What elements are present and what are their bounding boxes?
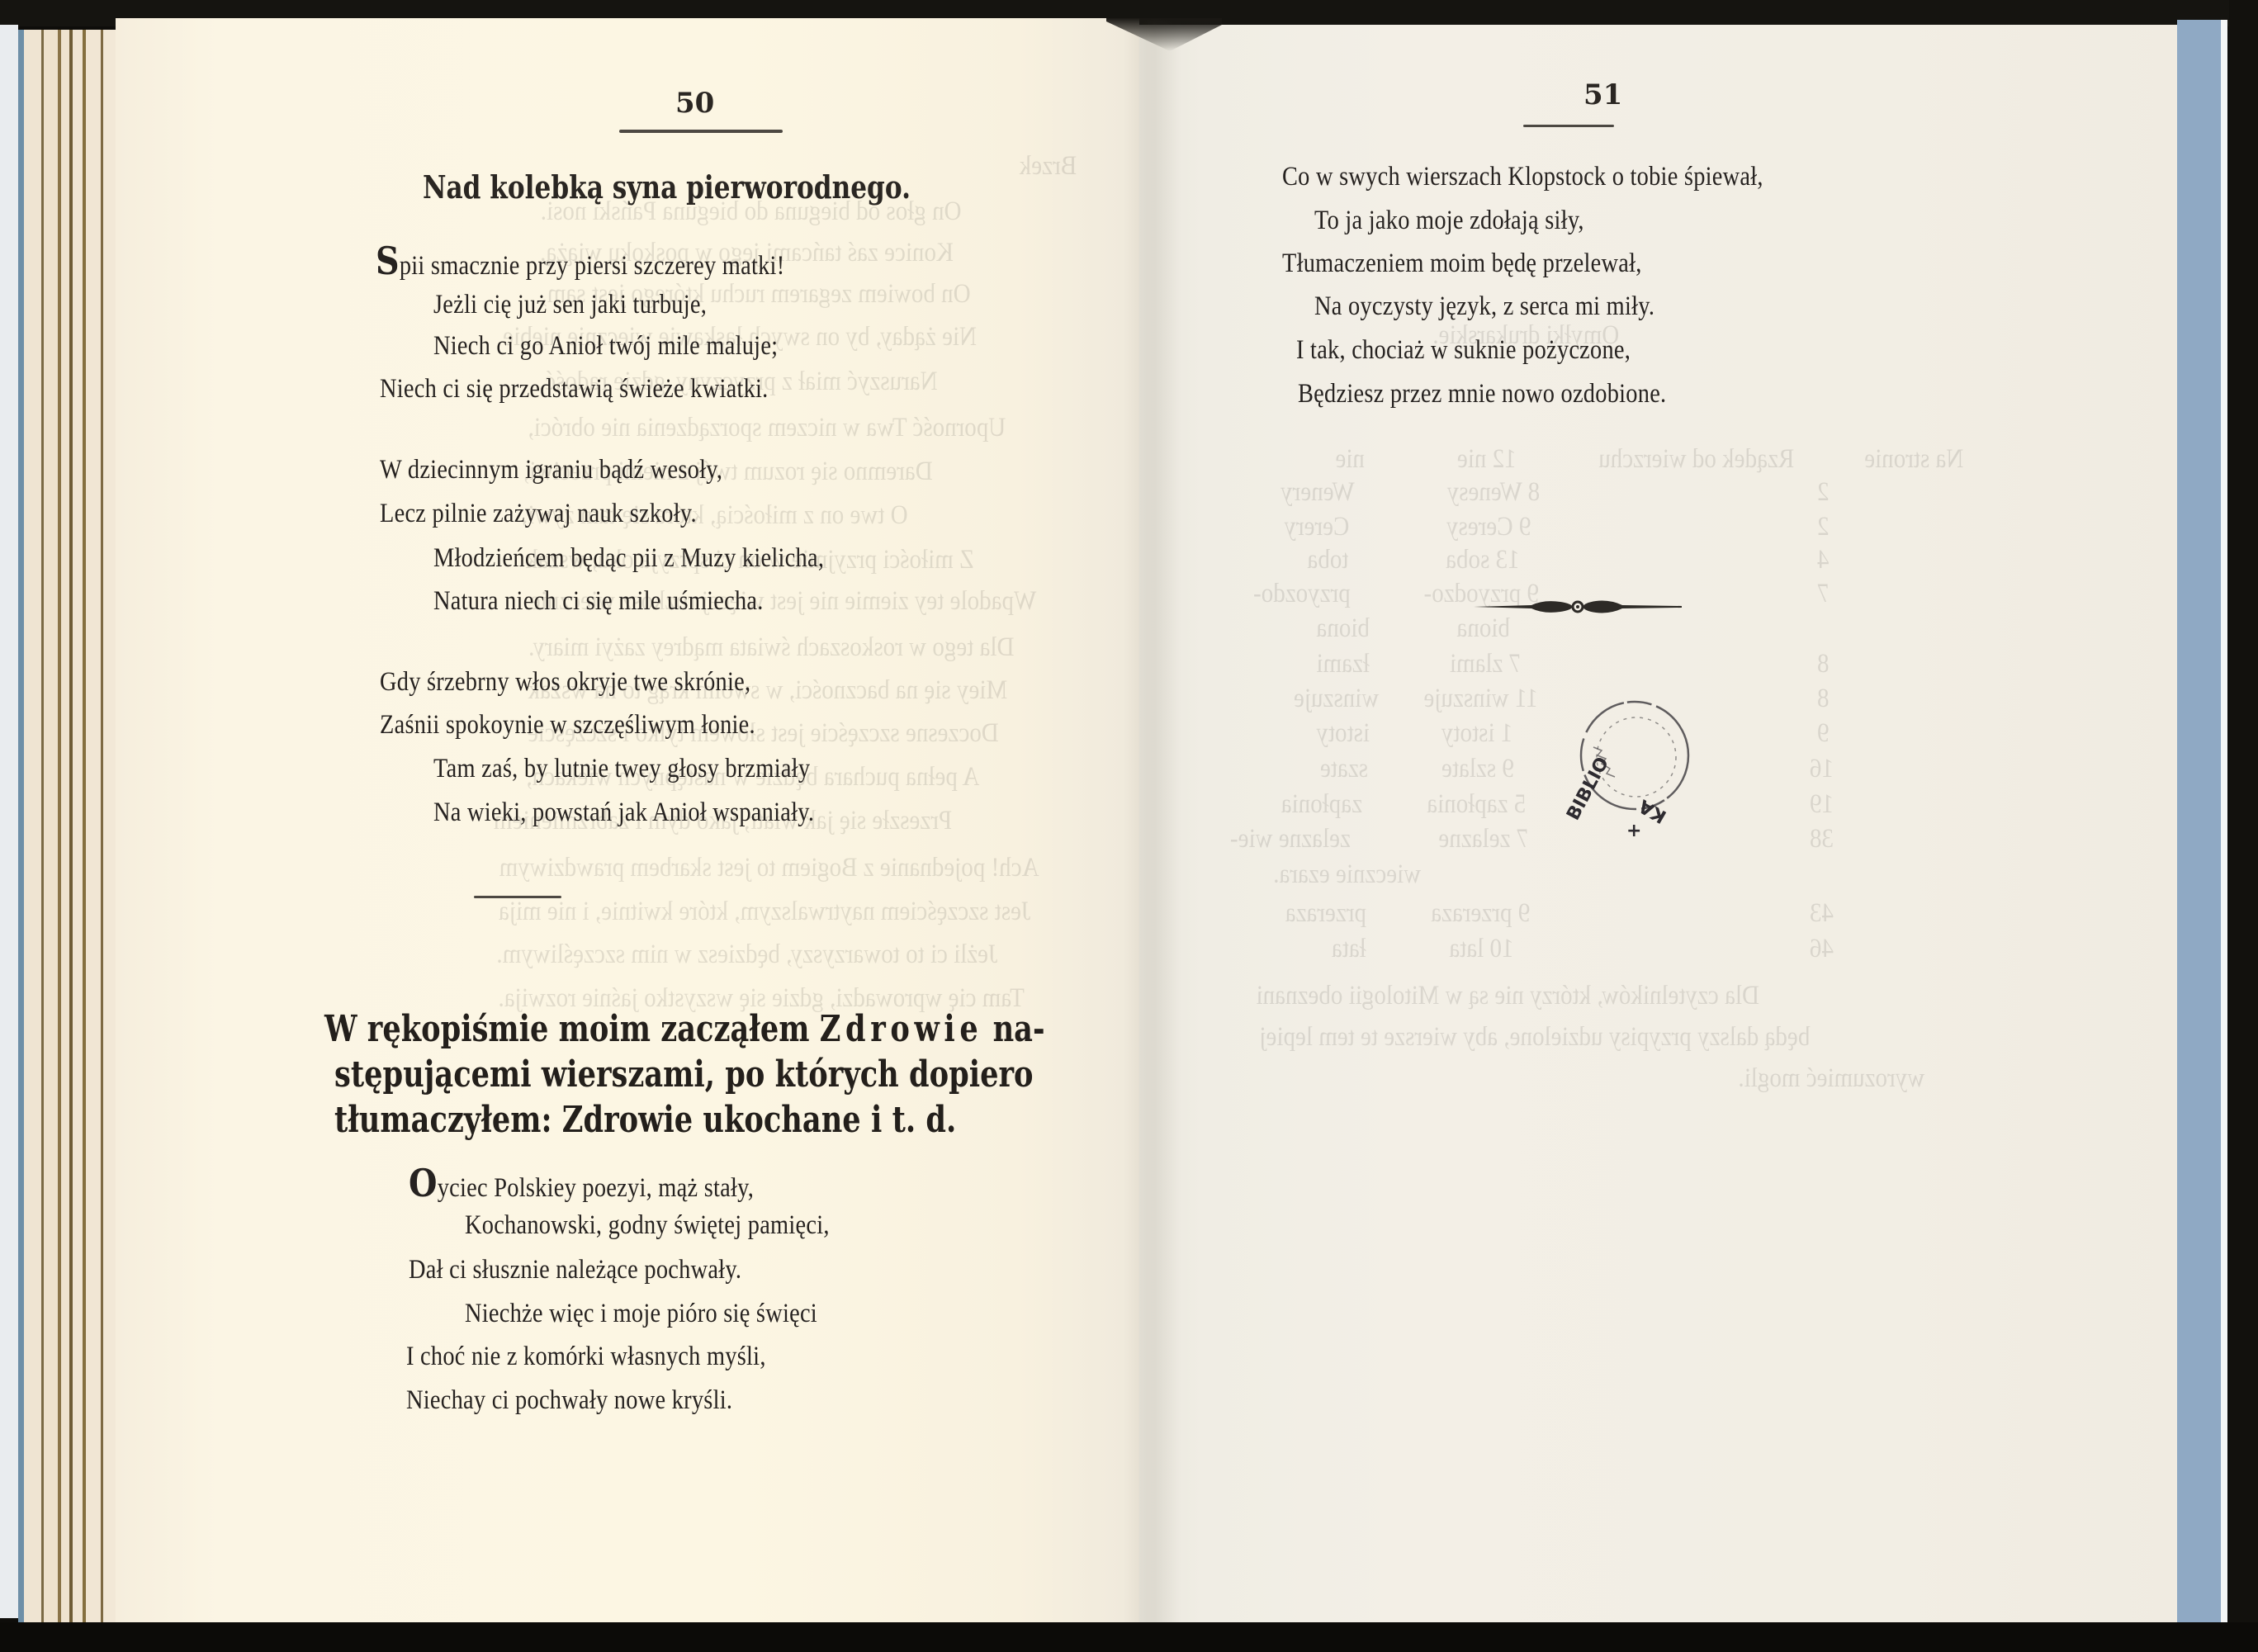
page-number: 51 bbox=[1583, 81, 1622, 109]
bleed-cell: 9 Ceresy bbox=[1446, 514, 1531, 541]
bleed-cell: 9 przeraza bbox=[1431, 900, 1530, 927]
prose-line: stępującemi wierszami, po których dopier… bbox=[334, 1057, 1034, 1093]
poem-line: Tam zaś, by lutnie twey głosy brzmiały bbox=[433, 755, 810, 783]
poem-line: Lecz pilnie zażywaj nauk szkoły. bbox=[380, 500, 697, 528]
bleed-cell: toba bbox=[1307, 547, 1348, 574]
prose-text: na- bbox=[982, 1008, 1044, 1050]
bleed-cell: 8 bbox=[1817, 651, 1830, 678]
endpaper-edge bbox=[2221, 20, 2227, 1623]
bleed-cell: łata bbox=[1332, 935, 1366, 963]
drop-cap: S bbox=[376, 239, 400, 283]
bleed-cell: 16 bbox=[1810, 755, 1834, 783]
bleed-cell: 8 bbox=[1817, 685, 1830, 712]
bleed-cell: 13 soba bbox=[1446, 547, 1520, 574]
poem-line: Gdy śrzebrny włos okryje twe skrónie, bbox=[380, 669, 750, 696]
bleed-cell: 12 nie bbox=[1457, 446, 1517, 473]
bleed-cell: przyozdo- bbox=[1253, 580, 1351, 608]
bleed-cell: 7 zelazne bbox=[1438, 826, 1528, 853]
poem-line-text: pii smacznie przy piersi szczerey matki! bbox=[400, 251, 785, 281]
bleed-cell: Wenery bbox=[1280, 479, 1355, 506]
bleed-cell: Cerery bbox=[1284, 514, 1349, 541]
page-block-edges bbox=[18, 30, 119, 1623]
bleed-cell: nie bbox=[1335, 446, 1364, 473]
drop-cap: O bbox=[409, 1161, 438, 1205]
bleed-cell: 8 Wenesy bbox=[1447, 479, 1540, 506]
poem-line: Oyciec Polskiey poezyi, mąż stały, bbox=[409, 1164, 754, 1202]
bleed-cell: 46 bbox=[1810, 935, 1834, 963]
poem-line: Niech ci go Anioł twój mile maluje; bbox=[433, 333, 778, 360]
bleed-cell: winszuje bbox=[1294, 685, 1379, 712]
dash-ornament-icon bbox=[1474, 596, 1682, 618]
bleed-cell: 1 istoty bbox=[1441, 720, 1512, 747]
poem-line: W dziecinnym igraniu bądź wesoły, bbox=[380, 457, 722, 484]
section-rule bbox=[474, 896, 561, 898]
prose-emphasis: Zdrowie bbox=[820, 1008, 983, 1050]
bleed-line: Ach! pojednanie z Bogiem to jest skarbem… bbox=[499, 854, 1039, 882]
bleed-cell: przeraza bbox=[1285, 900, 1366, 927]
blue-endpaper bbox=[2177, 20, 2223, 1623]
poem-line: Młodzieńcem będąc pii z Muzy kielicha, bbox=[433, 545, 824, 572]
bleed-line: Jest szczęściem naytrwalszym, które kwit… bbox=[499, 898, 1030, 925]
poem-line: Niech ci się przedstawią świeże kwiatki. bbox=[380, 376, 769, 403]
header-rule bbox=[1523, 125, 1614, 127]
bleed-cell: wiecznie ezara. bbox=[1273, 861, 1421, 888]
poem-line: Jeżli cię już sen jaki turbuje, bbox=[433, 291, 707, 319]
bleed-cell: 11 winszuje bbox=[1423, 685, 1537, 712]
bleed-cell: zelazne wie- bbox=[1230, 826, 1351, 853]
header-rule bbox=[619, 130, 783, 133]
bleed-footnote: będą dalszy przypisy udzielone, aby wier… bbox=[1259, 1024, 1810, 1051]
bleed-footnote: Dla czytelników, którzy nie są w Mitolog… bbox=[1257, 982, 1759, 1010]
poem-line: Będziesz przez mnie nowo ozdobione. bbox=[1298, 381, 1666, 408]
bleed-cell: 2 bbox=[1817, 514, 1830, 541]
bleed-cell: istoty bbox=[1316, 720, 1370, 747]
bleed-cell: zapłonia bbox=[1281, 791, 1362, 818]
poem-line: I choć nie z komórki własnych myśli, bbox=[406, 1343, 766, 1370]
poem-line: Dał ci słusznie należące pochwały. bbox=[409, 1257, 741, 1284]
poem-line: Natura niech ci się mile uśmiecha. bbox=[433, 588, 764, 615]
poem-line: Kochanowski, godny świętej pamięci, bbox=[465, 1212, 830, 1239]
bleed-cell: Na stronie bbox=[1864, 446, 1963, 473]
bleed-line: Uporność Twa w niczem sporządzenia nie o… bbox=[528, 414, 1006, 442]
bleed-footnote: wyrozumieć mogli. bbox=[1738, 1065, 1924, 1092]
page-number: 50 bbox=[675, 89, 714, 117]
bleed-cell: szate bbox=[1320, 755, 1368, 783]
prose-text: W rękopiśmie moim zacząłem bbox=[324, 1008, 820, 1050]
bleed-cell: łzami bbox=[1316, 651, 1370, 678]
poem-line: Spii smacznie przy piersi szczerey matki… bbox=[376, 242, 784, 280]
poem-title: Nad kolebką syna pierworodnego. bbox=[423, 172, 911, 203]
poem-line: I tak, chociaż w suknie pożyczone, bbox=[1296, 337, 1631, 364]
stamp-text: BIBLIO bbox=[1563, 754, 1613, 824]
book-gutter bbox=[1123, 18, 1181, 1624]
bleed-cell: 10 lata bbox=[1449, 935, 1513, 963]
bleed-cell: 9 bbox=[1817, 720, 1830, 747]
scanner-background-bottom bbox=[0, 1622, 2258, 1652]
poem-line: Niechże więc i moje pióro się święci bbox=[465, 1300, 817, 1328]
bleed-cell: biona bbox=[1316, 615, 1370, 642]
poem-line: Na wieki, powstań jak Anioł wspaniały. bbox=[433, 799, 814, 826]
bleed-cell: 19 bbox=[1810, 791, 1834, 818]
bleed-cell: 5 zapłonia bbox=[1427, 791, 1526, 818]
bleed-cell: biona bbox=[1456, 615, 1510, 642]
poem-line: Niechay ci pochwały nowe kryśli. bbox=[406, 1387, 732, 1414]
poem-line-text: yciec Polskiey poezyi, mąż stały, bbox=[438, 1173, 754, 1203]
bleed-line: Brzek bbox=[1020, 153, 1077, 180]
bleed-cell: 7 bbox=[1817, 580, 1830, 608]
poem-line: To ja jako moje zdołają siły, bbox=[1314, 207, 1584, 234]
stamp-cross: + bbox=[1626, 821, 1641, 838]
poem-line: Na oyczysty język, z serca mi miły. bbox=[1314, 293, 1654, 320]
poem-line: Tłumaczeniem moim będę przelewał, bbox=[1282, 250, 1642, 277]
bleed-cell: Rządek od wierzchu bbox=[1598, 446, 1794, 473]
bleed-cell: 2 bbox=[1817, 479, 1830, 506]
bleed-line: Dla tego w roskoszach świata mądrey zaży… bbox=[528, 634, 1014, 661]
poem-line: Zaśnii spokoynie w szczęśliwym łonie. bbox=[380, 712, 755, 739]
scanner-background-right bbox=[2229, 0, 2258, 1652]
bleed-line: Jeżli ci to towarzyszy, będziesz w nim s… bbox=[496, 941, 997, 968]
bleed-cell: 9 szlate bbox=[1441, 755, 1514, 783]
library-stamp-icon: BIBLIO KA + bbox=[1544, 698, 1709, 838]
bleed-cell: 38 bbox=[1810, 826, 1834, 853]
prose-line: W rękopiśmie moim zacząłem Zdrowie na- bbox=[324, 1011, 1045, 1048]
bleed-cell: 4 bbox=[1817, 547, 1830, 574]
bleed-cell: 7 zlami bbox=[1450, 651, 1521, 678]
prose-line: tłumaczyłem: Zdrowie ukochane i t. d. bbox=[334, 1102, 956, 1138]
scanner-background-left bbox=[0, 25, 18, 1618]
poem-line: Co w swych wierszach Klopstock o tobie ś… bbox=[1282, 163, 1763, 191]
bleed-cell: 43 bbox=[1810, 900, 1834, 927]
